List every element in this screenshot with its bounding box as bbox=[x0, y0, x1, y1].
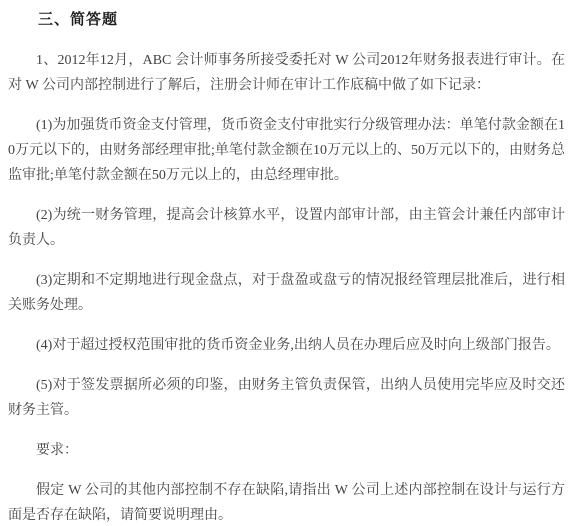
record-item-4: (4)对于超过授权范围审批的货币资金业务,出纳人员在办理后应及时向上级部门报告。 bbox=[8, 333, 565, 358]
record-item-1: (1)为加强货币资金支付管理，货币资金支付审批实行分级管理办法：单笔付款金额在1… bbox=[8, 113, 565, 188]
question-intro: 1、2012年12月，ABC 会计师事务所接受委托对 W 公司2012年财务报表… bbox=[8, 48, 565, 98]
record-item-3: (3)定期和不定期地进行现金盘点，对于盘盈或盘亏的情况报经管理层批准后，进行相关… bbox=[8, 268, 565, 318]
document-page: 三、简答题 1、2012年12月，ABC 会计师事务所接受委托对 W 公司201… bbox=[0, 0, 570, 526]
section-title: 三、简答题 bbox=[38, 8, 565, 33]
requirement-label: 要求： bbox=[8, 438, 565, 463]
record-item-2: (2)为统一财务管理，提高会计核算水平，设置内部审计部，由主管会计兼任内部审计负… bbox=[8, 203, 565, 253]
section-title-text: 三、简答题 bbox=[38, 12, 118, 28]
requirement-text: 假定 W 公司的其他内部控制不存在缺陷,请指出 W 公司上述内部控制在设计与运行… bbox=[8, 478, 565, 526]
record-item-5: (5)对于签发票据所必须的印鉴，由财务主管负责保管，出纳人员使用完毕应及时交还财… bbox=[8, 373, 565, 423]
